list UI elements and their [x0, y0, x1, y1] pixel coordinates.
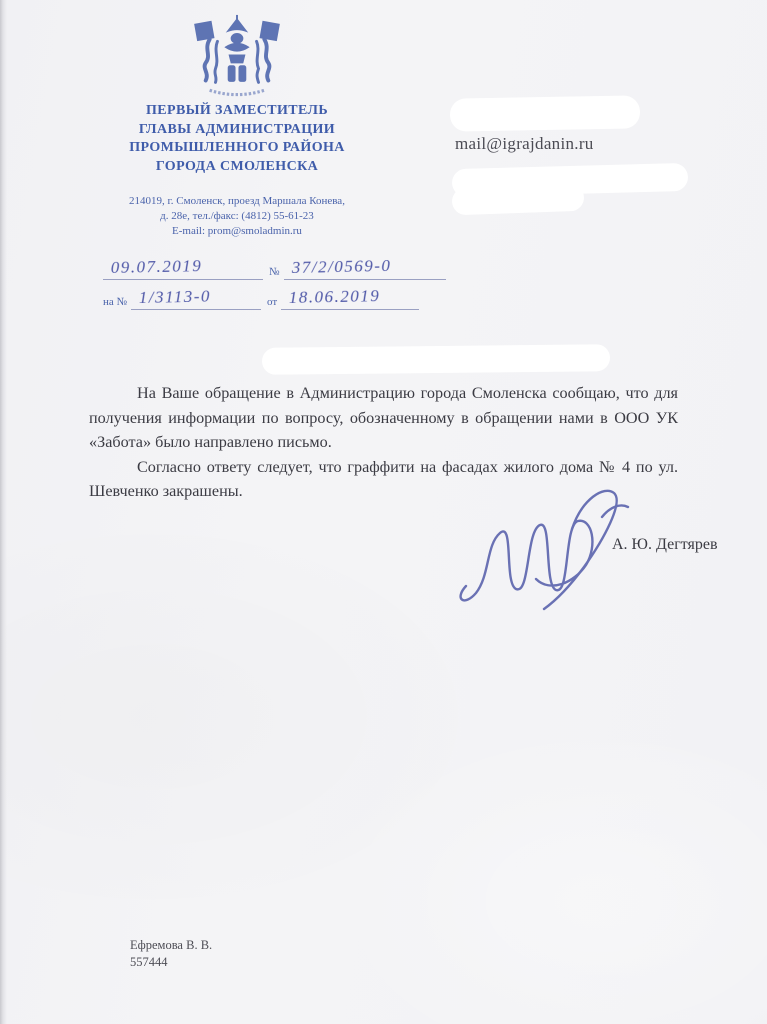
reference-row-outgoing: 09.07.2019 № 37/2/0569-0: [103, 253, 433, 280]
incoming-date-line: 18.06.2019: [281, 288, 419, 310]
scan-left-edge: [0, 0, 7, 1024]
incoming-number-line: 1/3113-0: [131, 288, 261, 310]
incoming-date-handwritten: 18.06.2019: [289, 286, 381, 308]
redaction-mark-recipient-address-2: [452, 184, 585, 216]
letterhead-address-line: 214019, г. Смоленск, проезд Маршала Коне…: [85, 194, 389, 209]
outgoing-number-handwritten: 37/2/0569-0: [291, 256, 391, 278]
outgoing-date-handwritten: 09.07.2019: [111, 256, 203, 278]
letterhead-address-line: E-mail: prom@smoladmin.ru: [85, 224, 389, 239]
incoming-number-handwritten: 1/3113-0: [139, 286, 212, 308]
redaction-mark-subject: [262, 344, 610, 375]
executor-name: Ефремова В. В.: [130, 937, 212, 954]
incoming-number-label: на №: [103, 296, 131, 310]
letterhead-title-line: ГОРОДА СМОЛЕНСКА: [85, 159, 389, 176]
letterhead-title: ПЕРВЫЙ ЗАМЕСТИТЕЛЬ ГЛАВЫ АДМИНИСТРАЦИИ П…: [85, 103, 389, 177]
scanned-letter-page: ПЕРВЫЙ ЗАМЕСТИТЕЛЬ ГЛАВЫ АДМИНИСТРАЦИИ П…: [0, 0, 767, 1024]
date-preposition-label: от: [261, 296, 281, 310]
reference-row-incoming: на № 1/3113-0 от 18.06.2019: [103, 283, 433, 310]
recipient-email: mail@igrajdanin.ru: [455, 134, 594, 154]
redaction-mark-recipient-name: [450, 95, 641, 131]
letterhead-title-line: ПРОМЫШЛЕННОГО РАЙОНА: [85, 140, 389, 157]
letterhead-title-line: ГЛАВЫ АДМИНИСТРАЦИИ: [85, 122, 389, 139]
outgoing-number-line: 37/2/0569-0: [284, 258, 446, 280]
signatory-name: А. Ю. Дегтярев: [612, 536, 718, 554]
smolensk-coat-of-arms-icon: [187, 12, 287, 100]
letterhead-title-line: ПЕРВЫЙ ЗАМЕСТИТЕЛЬ: [85, 103, 389, 120]
outgoing-date-line: 09.07.2019: [103, 258, 263, 280]
number-sign-label: №: [263, 266, 284, 280]
executor-phone: 557444: [130, 954, 212, 971]
reference-block: 09.07.2019 № 37/2/0569-0 на № 1/3113-0 о…: [103, 253, 433, 310]
letterhead-address-line: д. 28е, тел./факс: (4812) 55-61-23: [85, 209, 389, 224]
letterhead-address: 214019, г. Смоленск, проезд Маршала Коне…: [85, 194, 389, 239]
executor-footer: Ефремова В. В. 557444: [130, 937, 212, 971]
body-paragraph-1: На Ваше обращение в Администрацию города…: [89, 381, 678, 455]
